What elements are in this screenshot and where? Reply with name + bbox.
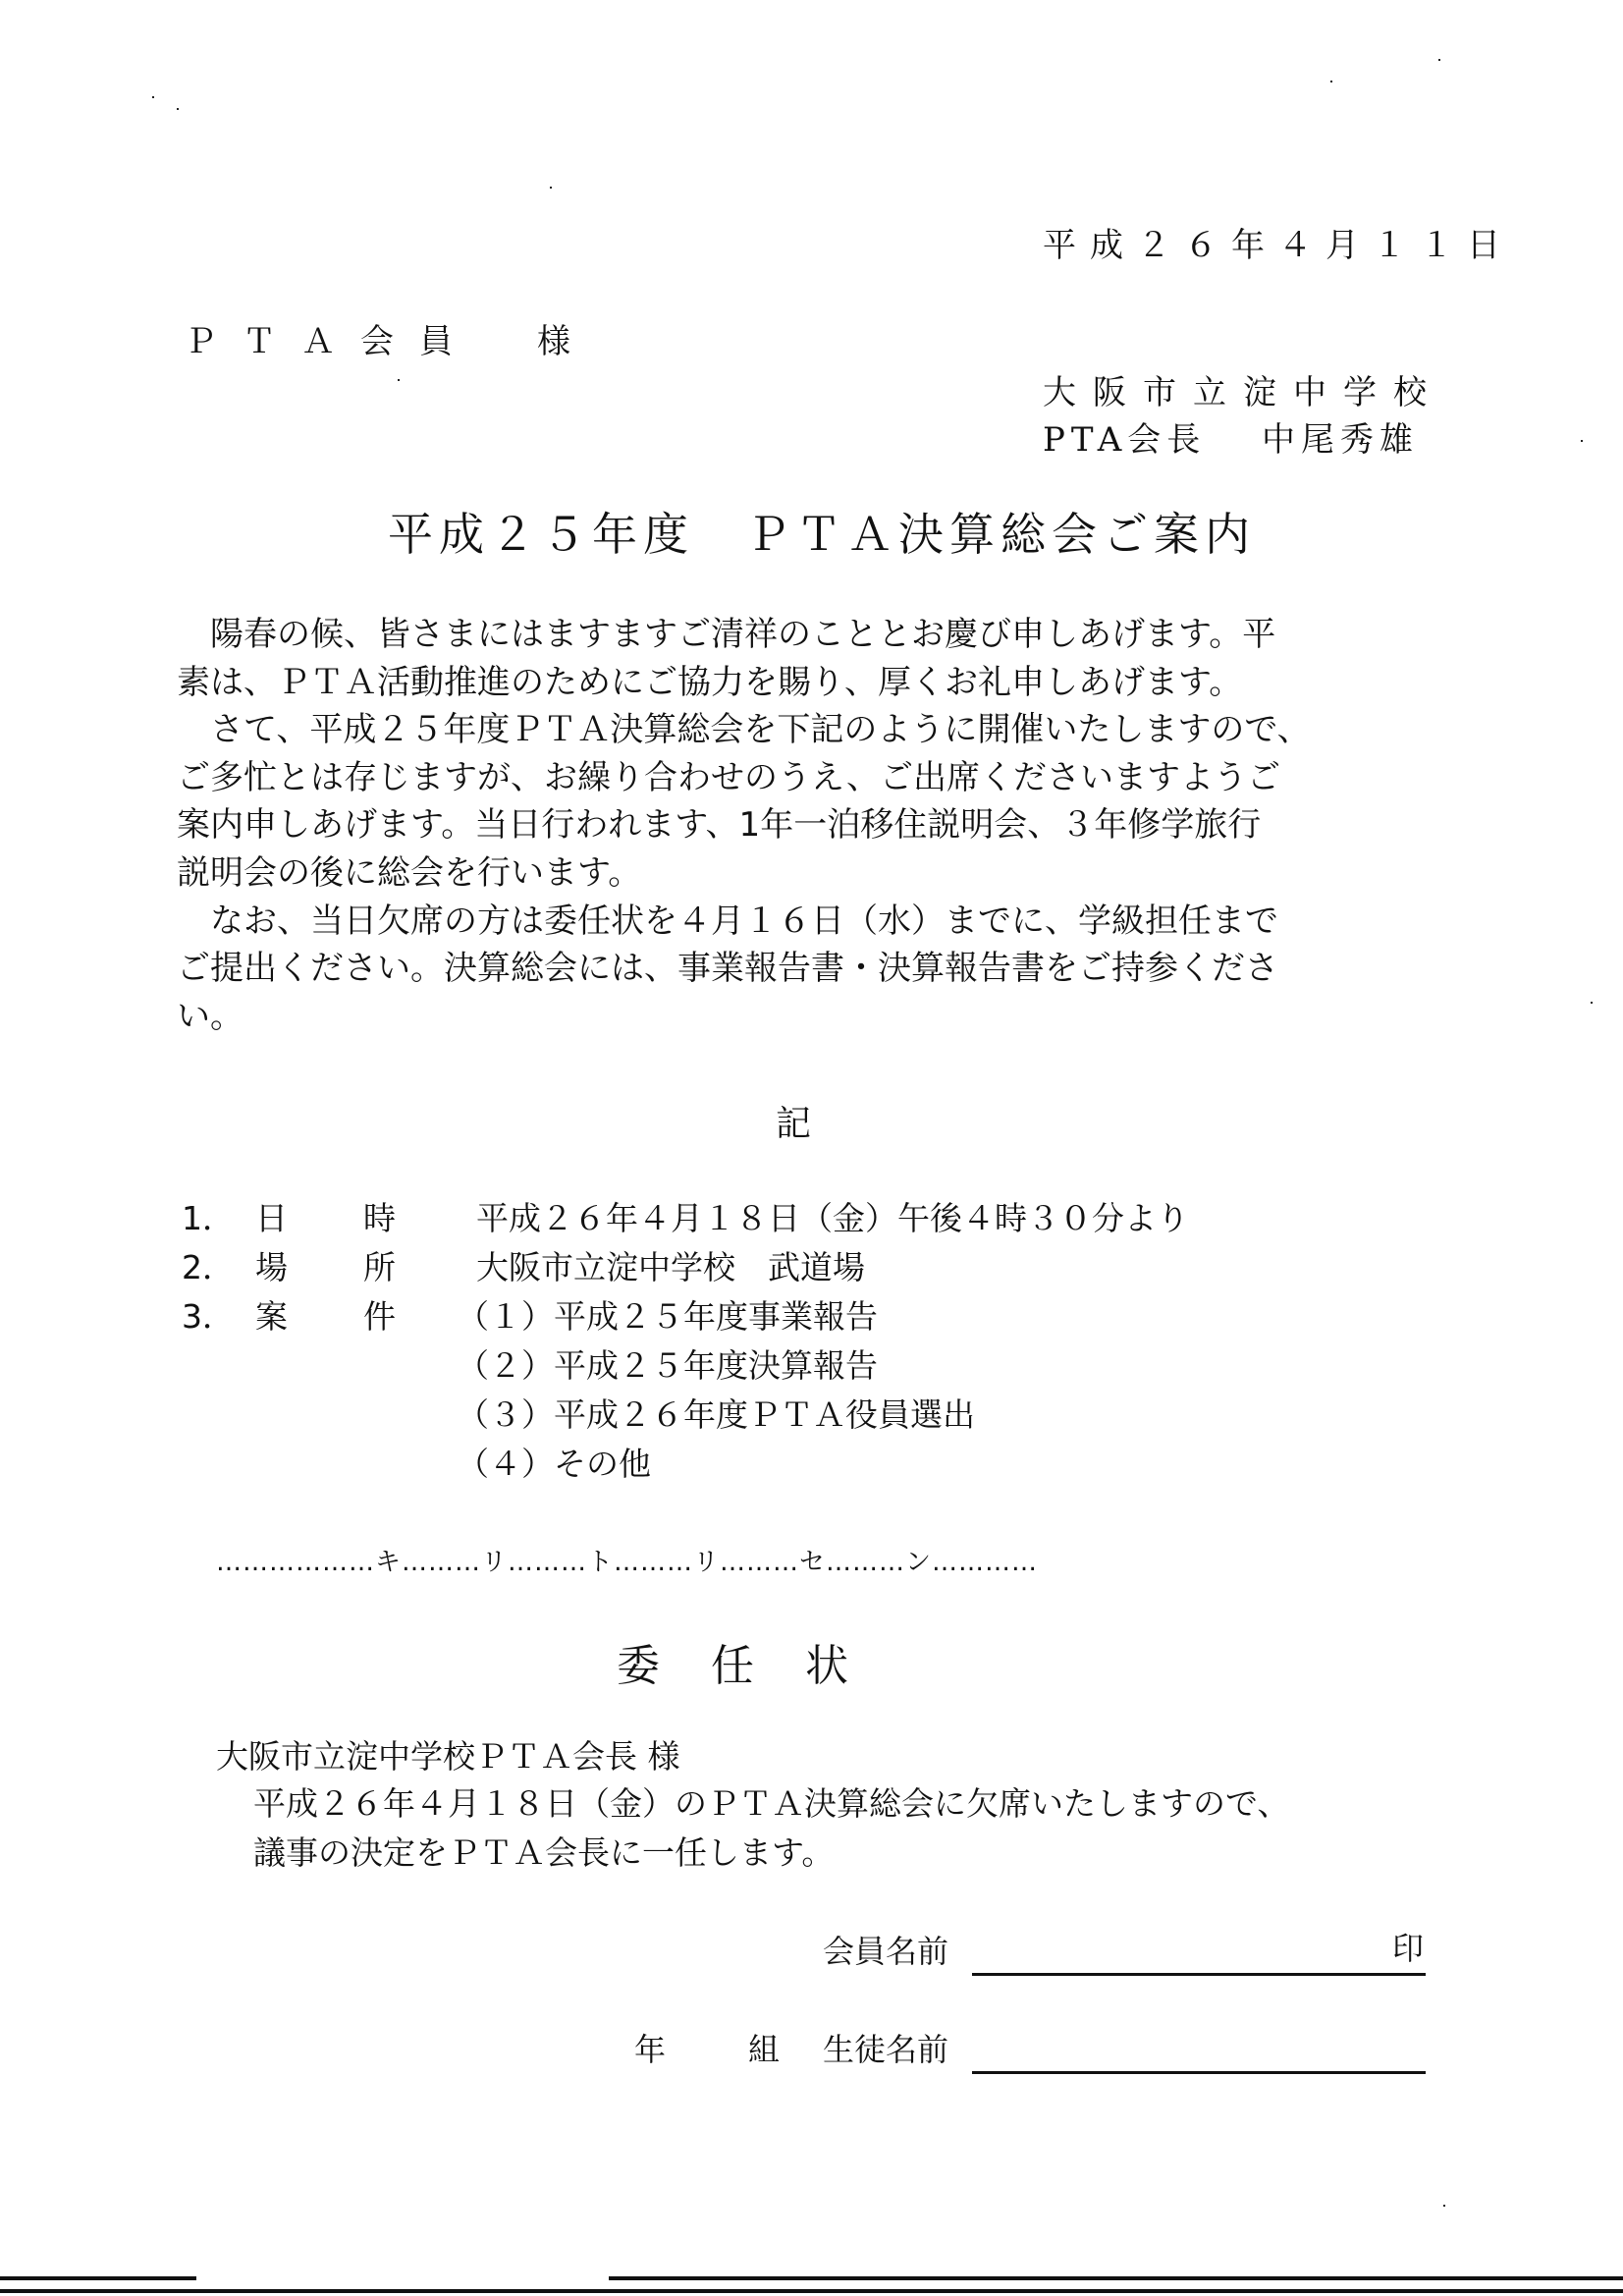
member-name-label: 会員名前	[823, 1927, 948, 1972]
item-number: 3．	[182, 1292, 255, 1341]
proxy-form-body: 平成２６年４月１８日（金）のＰＴＡ決算総会に欠席いたしますので、 議事の決定をＰ…	[253, 1779, 1289, 1878]
member-name-row: 会員名前 印	[609, 1927, 1426, 1976]
scan-speck	[1330, 81, 1332, 82]
scan-edge-line	[0, 2289, 1623, 2293]
scan-speck	[550, 187, 552, 189]
cut-line: ………………キ………リ………ト………リ………セ………ン…………	[216, 1542, 1038, 1578]
agenda-item: （４）その他	[457, 1440, 651, 1489]
scan-speck	[177, 108, 179, 110]
student-name-label: 生徒名前	[823, 2025, 948, 2070]
item-label: 件	[363, 1292, 396, 1341]
scan-speck	[1591, 1002, 1593, 1004]
ki-heading: 記	[776, 1096, 811, 1146]
item-number: 1．	[182, 1194, 255, 1243]
body-text: 陽春の候、皆さまにはますますご清祥のこととお慶び申しあげます。平 素は、ＰＴＡ活…	[177, 611, 1453, 1040]
item-label: 場	[255, 1243, 288, 1292]
scan-speck	[1443, 2205, 1445, 2207]
body-line: い。	[177, 993, 1453, 1041]
item-value: 大阪市立淀中学校 武道場	[476, 1243, 865, 1292]
item-label: 時	[363, 1194, 396, 1243]
proxy-body-line: 議事の決定をＰＴＡ会長に一任します。	[253, 1829, 1289, 1878]
scan-speck	[1438, 59, 1440, 61]
seal-mark: 印	[1392, 1924, 1424, 1969]
grade-label: 年	[634, 2025, 666, 2070]
proxy-form-title: 委任状	[617, 1630, 899, 1693]
student-name-row: 年 組 生徒名前	[609, 2025, 1426, 2074]
body-line: 案内申しあげます。当日行われます、1年一泊移住説明会、３年修学旅行	[177, 801, 1453, 849]
agenda-item: （３）平成２６年度ＰＴＡ役員選出	[457, 1391, 975, 1440]
scan-speck	[152, 96, 154, 98]
scan-speck	[398, 379, 400, 381]
sender-name: PTA会長 中尾秀雄	[1043, 412, 1419, 461]
body-line: 説明会の後に総会を行います。	[177, 849, 1453, 898]
body-line: 陽春の候、皆さまにはますますご清祥のこととお慶び申しあげます。平	[177, 611, 1453, 659]
item-label: 案	[255, 1292, 288, 1341]
body-line: ご提出ください。決算総会には、事業報告書・決算報告書をご持参くださ	[177, 945, 1453, 993]
sender-school: 大阪市立淀中学校	[1043, 365, 1443, 413]
item-value: 平成２６年４月１８日（金）午後４時３０分より	[476, 1194, 1189, 1243]
proxy-form-addressee: 大阪市立淀中学校ＰＴＡ会長 様	[216, 1731, 680, 1777]
scan-speck	[1581, 440, 1583, 442]
agenda-item: （２）平成２５年度決算報告	[457, 1341, 878, 1391]
body-line: 素は、ＰＴＡ活動推進のためにご協力を賜り、厚くお礼申しあげます。	[177, 659, 1453, 707]
body-line: さて、平成２５年度ＰＴＡ決算総会を下記のように開催いたしますので、	[177, 706, 1453, 754]
body-line: なお、当日欠席の方は委任状を４月１６日（水）までに、学級担任まで	[177, 898, 1453, 946]
student-name-field[interactable]	[972, 2028, 1377, 2069]
agenda-item: （１）平成２５年度事業報告	[457, 1292, 878, 1341]
item-number: 2．	[182, 1243, 255, 1292]
member-name-line: 印	[972, 1930, 1426, 1976]
item-label: 所	[363, 1243, 396, 1292]
scan-edge-gap	[196, 2276, 609, 2280]
proxy-body-line: 平成２６年４月１８日（金）のＰＴＡ決算総会に欠席いたしますので、	[253, 1779, 1289, 1829]
student-name-line	[972, 2028, 1426, 2074]
document-date: 平成２６年４月１１日	[1043, 218, 1514, 266]
item-label: 日	[255, 1194, 288, 1243]
page-title: 平成２５年度 ＰＴＡ決算総会ご案内	[388, 499, 1256, 564]
class-label: 組	[748, 2025, 780, 2070]
body-line: ご多忙とは存じますが、お繰り合わせのうえ、ご出席くださいますようご	[177, 754, 1453, 802]
member-name-field[interactable]	[972, 1930, 1377, 1971]
addressee: ＰＴＡ会員 様	[184, 314, 596, 362]
